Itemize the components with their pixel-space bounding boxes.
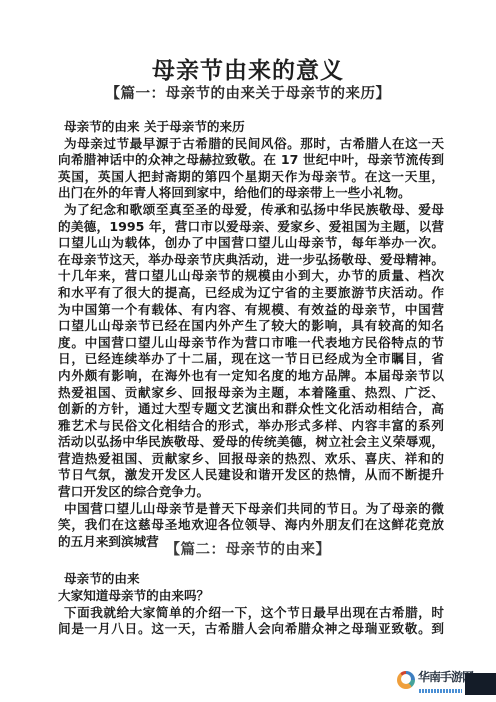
text-line: 为中国第一个有载体、有内容、有规模、有效益的母亲节，中国营	[58, 302, 444, 319]
text-line: 大家知道母亲节的由来吗？	[58, 588, 444, 605]
page-title: 母亲节由来的意义	[0, 57, 496, 84]
text-line: 口望儿山为载体，创办了中国营口望儿山母亲节，每年举办一次。	[58, 235, 444, 252]
text-line: 日，已经连续举办了十二届，现在这一节日已经成为全市瞩目，省	[58, 351, 444, 368]
text-line: 母亲节的由来	[58, 571, 444, 588]
watermark-dark-block	[465, 673, 496, 695]
text-line: 营造热爱祖国、贡献家乡、回报母亲的热烈、欢乐、喜庆、祥和的	[58, 451, 444, 468]
text-line: 间是一月八日。这一天，古希腊人会向希腊众神之母瑞亚致敬。到	[58, 621, 444, 638]
text-line: 口望儿山母亲节已经在国内外产生了较大的影响，具有较高的知名	[58, 318, 444, 335]
text-line: 中国营口望儿山母亲节是普天下母亲们共同的节日。为了母亲的微	[58, 501, 444, 518]
document-page: 母亲节由来的意义 【篇一：母亲节的由来关于母亲节的来历】 母亲节的由来 关于母亲…	[0, 0, 496, 702]
text-line: 为母亲过节最早源于古希腊的民间风俗。那时，古希腊人在这一天	[58, 136, 444, 153]
text-line: 度。中国营口望儿山母亲节作为营口市唯一代表地方民俗特点的节	[58, 335, 444, 352]
text-line: 向希腊神话中的众神之母赫拉致敬。在 17 世纪中叶，母亲节流传到	[58, 152, 444, 169]
text-line: 和水平有了很大的提高，已经成为辽宁省的主要旅游节庆活动。作	[58, 285, 444, 302]
text-line: 营口开发区的综合竞争力。	[58, 484, 444, 501]
section1-heading: 【篇一：母亲节的由来关于母亲节的来历】	[0, 86, 496, 103]
text-line: 热爱祖国、贡献家乡、回报母亲为主题，本着隆重、热烈、广泛、	[58, 385, 444, 402]
text-line: 活动以弘扬中华民族敬母、爱母的传统美德，树立社会主义荣辱观，	[58, 434, 444, 451]
text-line: 内外颇有影响，在海外也有一定知名度的地方品牌。本届母亲节以	[58, 368, 444, 385]
text-line: 十几年来，营口望儿山母亲节的规模由小到大，办节的质量、档次	[58, 268, 444, 285]
text-line: 英国，英国人把封斋期的第四个星期天作为母亲节。在这一天里，	[58, 169, 444, 186]
watermark: 华南手游网	[397, 669, 496, 699]
text-line: 母亲节的由来 关于母亲节的来历	[58, 119, 444, 136]
text-line: 为了纪念和歌颂至真至圣的母爱，传承和弘扬中华民族敬母、爱母	[58, 202, 444, 219]
text-line: 出门在外的年青人将回到家中，给他们的母亲带上一些小礼物。	[58, 185, 444, 202]
section2-body: 母亲节的由来大家知道母亲节的由来吗？下面我就给大家简单的介绍一下，这个节日最早出…	[58, 571, 444, 637]
watermark-url-subtext	[419, 689, 462, 693]
text-line: 节日气氛，激发开发区人民建设和谐开发区的热情，从而不断提升	[58, 467, 444, 484]
site-logo-icon	[397, 671, 415, 689]
text-line: 下面我就给大家简单的介绍一下，这个节日最早出现在古希腊，时	[58, 605, 444, 622]
text-line: 雅艺术与民俗文化相结合的形式，举办形式多样、内容丰富的系列	[58, 418, 444, 435]
text-line: 的美德，1995 年，营口市以爱母亲、爱家乡、爱祖国为主题，以营	[58, 219, 444, 236]
text-line: 笑，我们在这慈母圣地欢迎各位领导、海内外朋友们在这鲜花竞放	[58, 517, 444, 534]
text-line: 创新的方针，通过大型专题文艺演出和群众性文化活动相结合，高	[58, 401, 444, 418]
text-line: 在母亲节这天，举办母亲节庆典活动，进一步弘扬敬母、爱母精神。	[58, 252, 444, 269]
section1-body: 母亲节的由来 关于母亲节的来历为母亲过节最早源于古希腊的民间风俗。那时，古希腊人…	[58, 119, 444, 550]
